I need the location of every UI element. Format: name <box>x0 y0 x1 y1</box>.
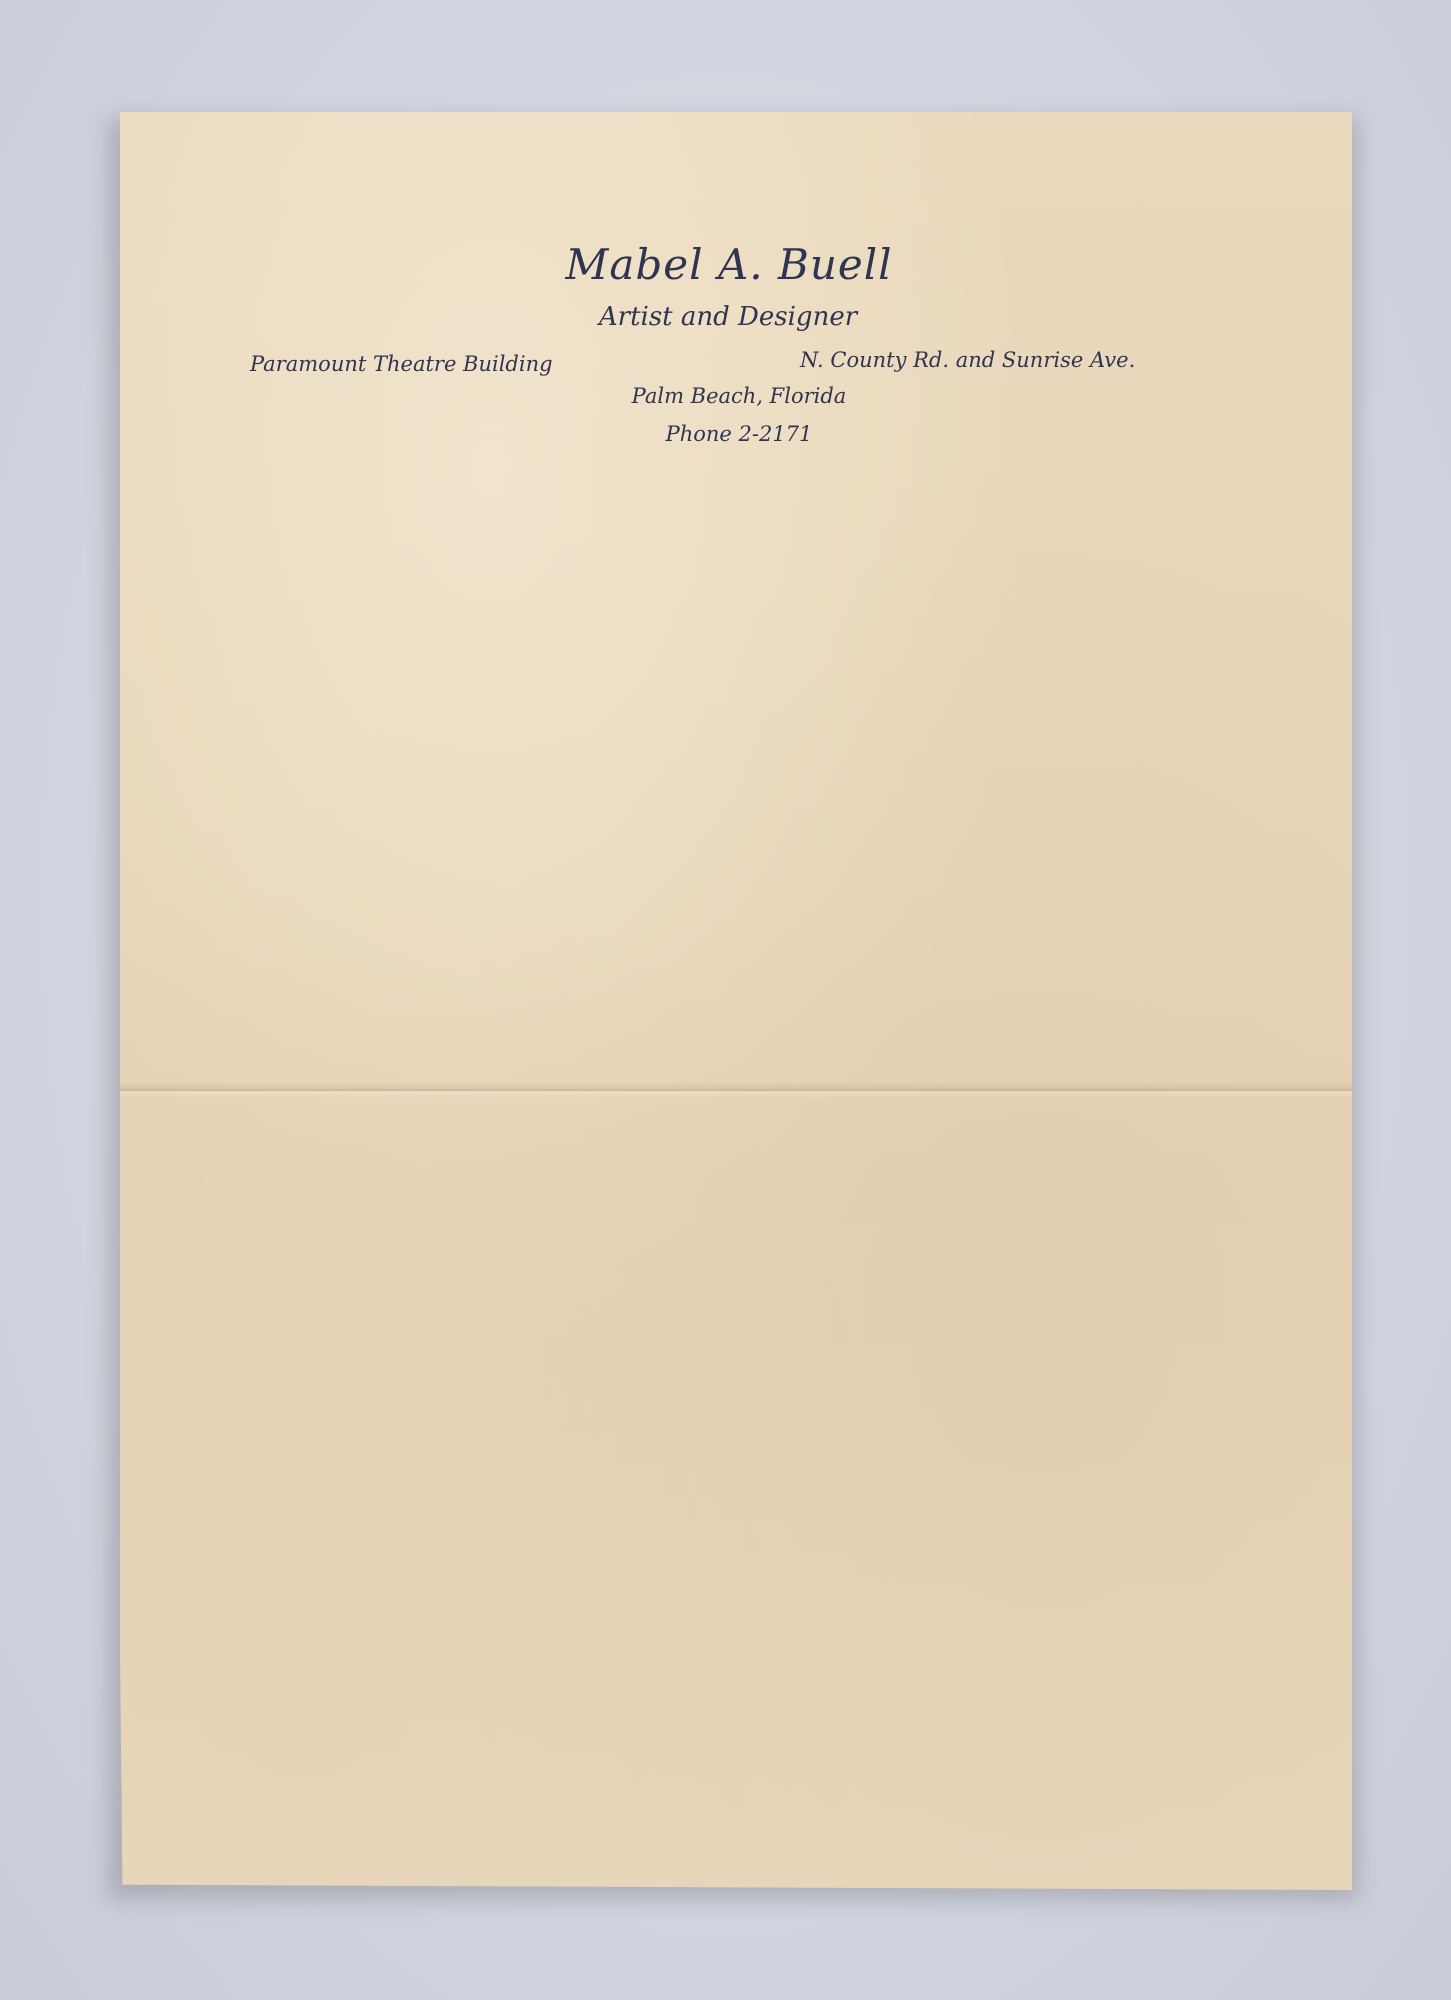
letterhead-address-building: Paramount Theatre Building <box>250 352 553 376</box>
letterhead-phone: Phone 2-2171 <box>123 422 1355 446</box>
letterhead-title: Artist and Designer <box>112 302 1344 332</box>
letterhead-address-street: N. County Rd. and Sunrise Ave. <box>800 348 1135 372</box>
letterhead-city: Palm Beach, Florida <box>123 384 1355 408</box>
letterhead-name: Mabel A. Buell <box>113 240 1345 289</box>
paper-fold-crease <box>120 1082 1352 1098</box>
letterhead-sheet: Mabel A. Buell Artist and Designer Param… <box>120 112 1352 1890</box>
